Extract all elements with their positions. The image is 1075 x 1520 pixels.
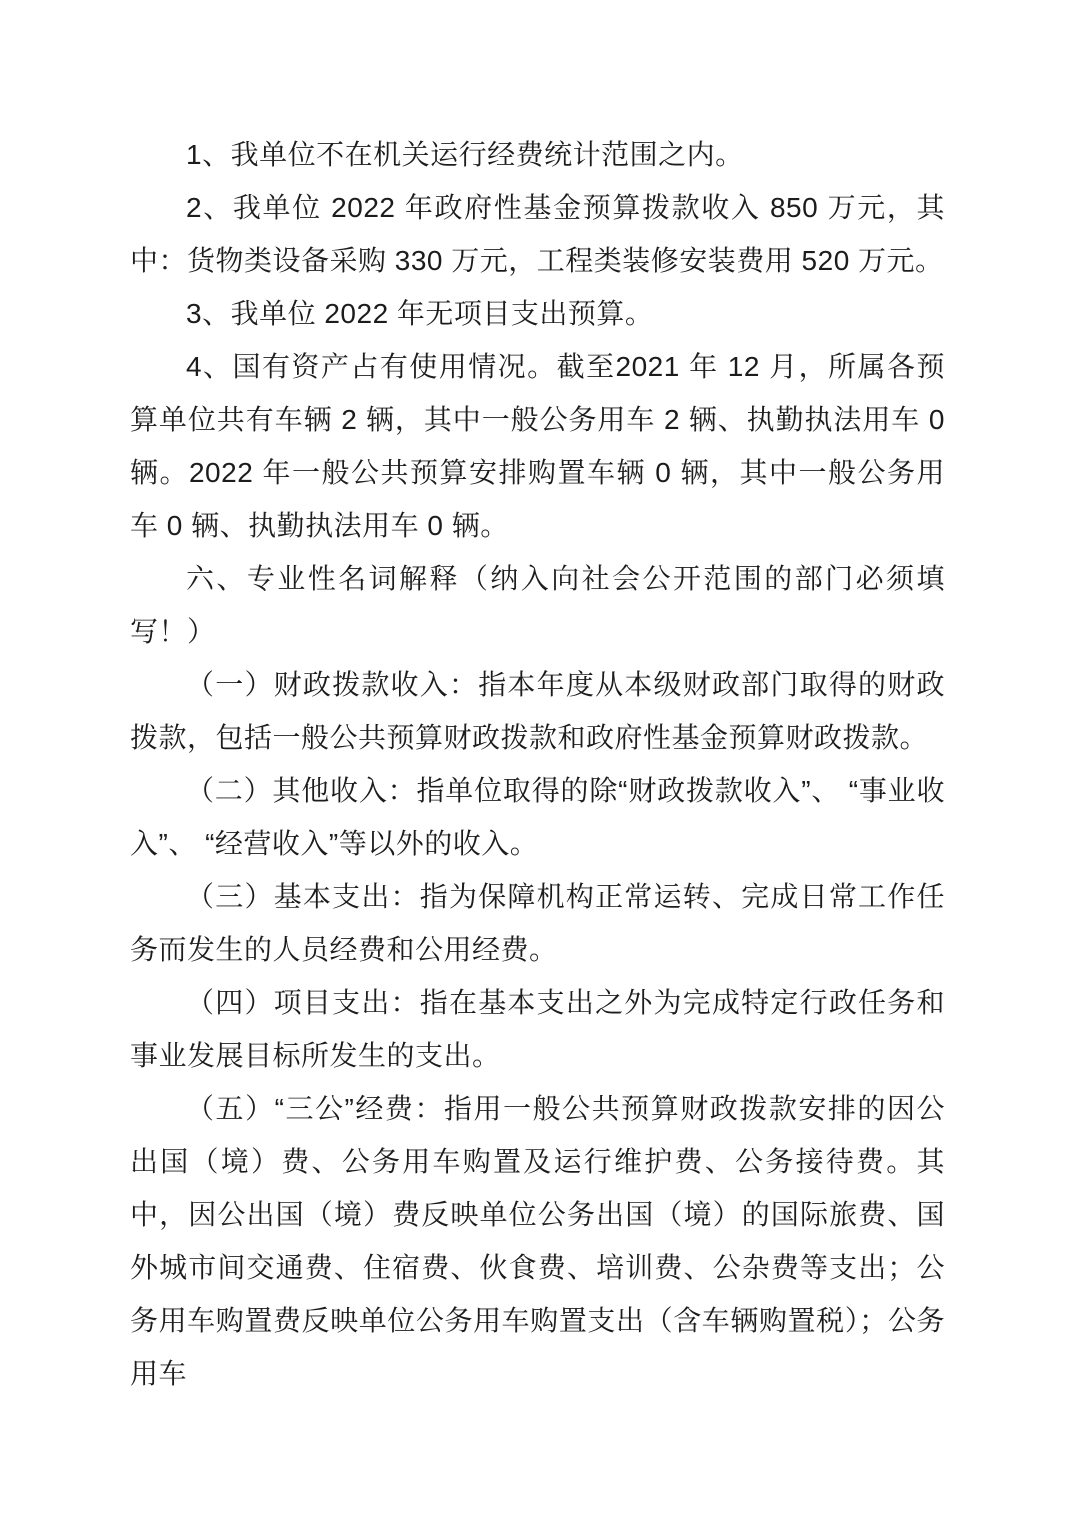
paragraph-definition-3: （三）基本支出：指为保障机构正常运转、完成日常工作任务而发生的人员经费和公用经费… [130, 870, 945, 976]
paragraph-item-2: 2、我单位 2022 年政府性基金预算拨款收入 850 万元，其中：货物类设备采… [130, 181, 945, 287]
paragraph-item-1: 1、我单位不在机关运行经费统计范围之内。 [130, 128, 945, 181]
paragraph-definition-4: （四）项目支出：指在基本支出之外为完成特定行政任务和事业发展目标所发生的支出。 [130, 976, 945, 1082]
paragraph-definition-1: （一）财政拨款收入：指本年度从本级财政部门取得的财政拨款，包括一般公共预算财政拨… [130, 658, 945, 764]
paragraph-section-heading: 六、专业性名词解释（纳入向社会公开范围的部门必须填写！） [130, 552, 945, 658]
document-page: 1、我单位不在机关运行经费统计范围之内。 2、我单位 2022 年政府性基金预算… [0, 0, 1075, 1520]
paragraph-item-4: 4、国有资产占有使用情况。截至2021 年 12 月，所属各预算单位共有车辆 2… [130, 340, 945, 552]
document-body: 1、我单位不在机关运行经费统计范围之内。 2、我单位 2022 年政府性基金预算… [130, 128, 945, 1400]
paragraph-definition-5: （五）“三公”经费：指用一般公共预算财政拨款安排的因公出国（境）费、公务用车购置… [130, 1082, 945, 1400]
paragraph-item-3: 3、我单位 2022 年无项目支出预算。 [130, 287, 945, 340]
paragraph-definition-2: （二）其他收入：指单位取得的除“财政拨款收入”、 “事业收入”、 “经营收入”等… [130, 764, 945, 870]
